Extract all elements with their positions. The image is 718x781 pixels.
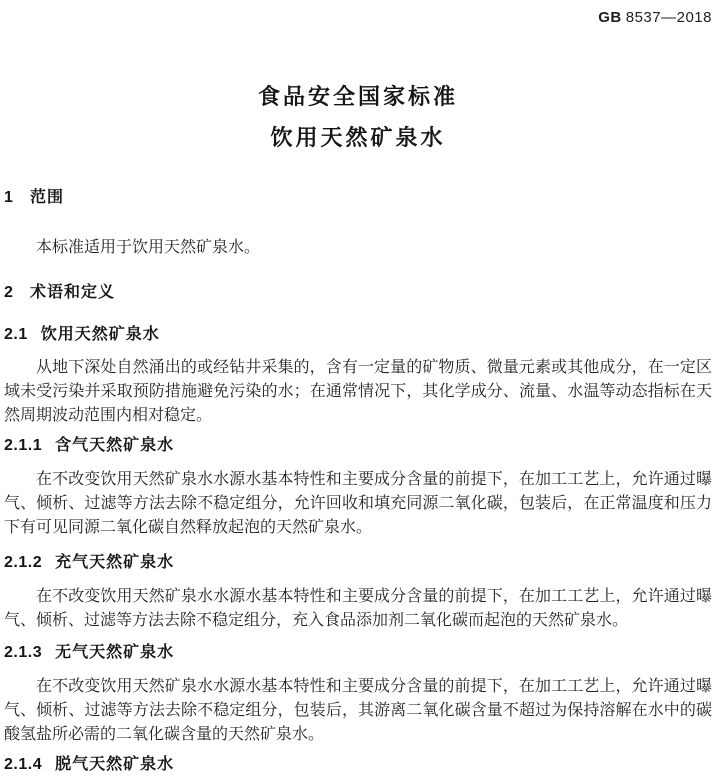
section-title: 含气天然矿泉水 <box>55 437 174 454</box>
section-number: 2 <box>4 283 17 303</box>
document-page: GB8537—2018 食品安全国家标准 饮用天然矿泉水 1范围 本标准适用于饮… <box>0 0 718 781</box>
section-number: 2.1.2 <box>4 553 42 573</box>
standard-code-number: 8537—2018 <box>626 9 712 26</box>
section-heading-1: 1范围 <box>4 188 712 208</box>
standard-code-prefix: GB <box>598 9 622 26</box>
section-title: 脱气天然矿泉水 <box>55 756 174 773</box>
section-number: 1 <box>4 188 17 208</box>
section-paragraph-1: 本标准适用于饮用天然矿泉水。 <box>4 236 712 260</box>
section-heading-2-1-2: 2.1.2充气天然矿泉水 <box>4 553 712 573</box>
section-title: 充气天然矿泉水 <box>55 554 174 571</box>
section-title: 无气天然矿泉水 <box>55 644 174 661</box>
section-paragraph-2-1-3: 在不改变饮用天然矿泉水水源水基本特性和主要成分含量的前提下，在加工工艺上，允许通… <box>4 675 712 747</box>
section-title: 范围 <box>30 189 64 206</box>
section-paragraph-2-1-1: 在不改变饮用天然矿泉水水源水基本特性和主要成分含量的前提下，在加工工艺上，允许通… <box>4 468 712 540</box>
section-paragraph-2-1-2: 在不改变饮用天然矿泉水水源水基本特性和主要成分含量的前提下，在加工工艺上，允许通… <box>4 585 712 633</box>
section-number: 2.1 <box>4 325 28 345</box>
section-heading-2: 2术语和定义 <box>4 283 712 303</box>
standard-code: GB8537—2018 <box>4 10 712 26</box>
section-number: 2.1.3 <box>4 643 42 663</box>
section-number: 2.1.1 <box>4 436 42 456</box>
section-number: 2.1.4 <box>4 755 42 775</box>
document-title-line2: 饮用天然矿泉水 <box>4 123 712 153</box>
section-heading-2-1-4: 2.1.4脱气天然矿泉水 <box>4 755 712 775</box>
section-heading-2-1-3: 2.1.3无气天然矿泉水 <box>4 643 712 663</box>
section-title: 饮用天然矿泉水 <box>41 326 160 343</box>
section-paragraph-2-1: 从地下深处自然涌出的或经钻井采集的，含有一定量的矿物质、微量元素或其他成分，在一… <box>4 356 712 428</box>
section-heading-2-1-1: 2.1.1含气天然矿泉水 <box>4 436 712 456</box>
section-title: 术语和定义 <box>30 284 115 301</box>
section-heading-2-1: 2.1饮用天然矿泉水 <box>4 325 712 345</box>
document-title-line1: 食品安全国家标准 <box>4 82 712 112</box>
